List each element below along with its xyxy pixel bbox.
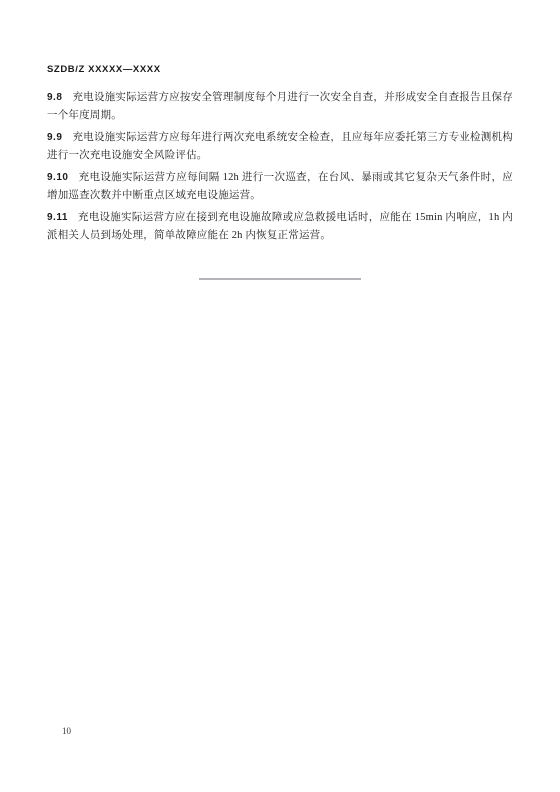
clause-9-9: 9.9充电设施实际运营方应每年进行两次充电系统安全检查，且应每年应委托第三方专业… (47, 129, 513, 164)
clause-number: 9.10 (47, 172, 68, 183)
clause-number: 9.8 (47, 92, 62, 103)
clause-number: 9.11 (47, 212, 68, 223)
clause-text: 充电设施实际运营方应在接到充电设施故障或应急救援电话时，应能在 15min 内响… (47, 212, 513, 241)
document-page: SZDB/Z XXXXX—XXXX 9.8充电设施实际运营方应按安全管理制度每个… (0, 0, 560, 792)
page-number: 10 (62, 726, 71, 736)
document-header: SZDB/Z XXXXX—XXXX (47, 64, 161, 75)
clause-text: 充电设施实际运营方应每年进行两次充电系统安全检查，且应每年应委托第三方专业检测机… (47, 132, 513, 161)
clause-9-10: 9.10充电设施实际运营方应每间隔 12h 进行一次巡查，在台风、暴雨或其它复杂… (47, 169, 513, 204)
clause-text: 充电设施实际运营方应按安全管理制度每个月进行一次安全自查，并形成安全自查报告且保… (47, 92, 513, 121)
document-body: 9.8充电设施实际运营方应按安全管理制度每个月进行一次安全自查，并形成安全自查报… (47, 89, 513, 280)
clause-number: 9.9 (47, 132, 62, 143)
end-of-text-rule (199, 278, 361, 280)
clause-text: 充电设施实际运营方应每间隔 12h 进行一次巡查，在台风、暴雨或其它复杂天气条件… (47, 172, 513, 201)
clause-9-11: 9.11充电设施实际运营方应在接到充电设施故障或应急救援电话时，应能在 15mi… (47, 209, 513, 244)
clause-9-8: 9.8充电设施实际运营方应按安全管理制度每个月进行一次安全自查，并形成安全自查报… (47, 89, 513, 124)
